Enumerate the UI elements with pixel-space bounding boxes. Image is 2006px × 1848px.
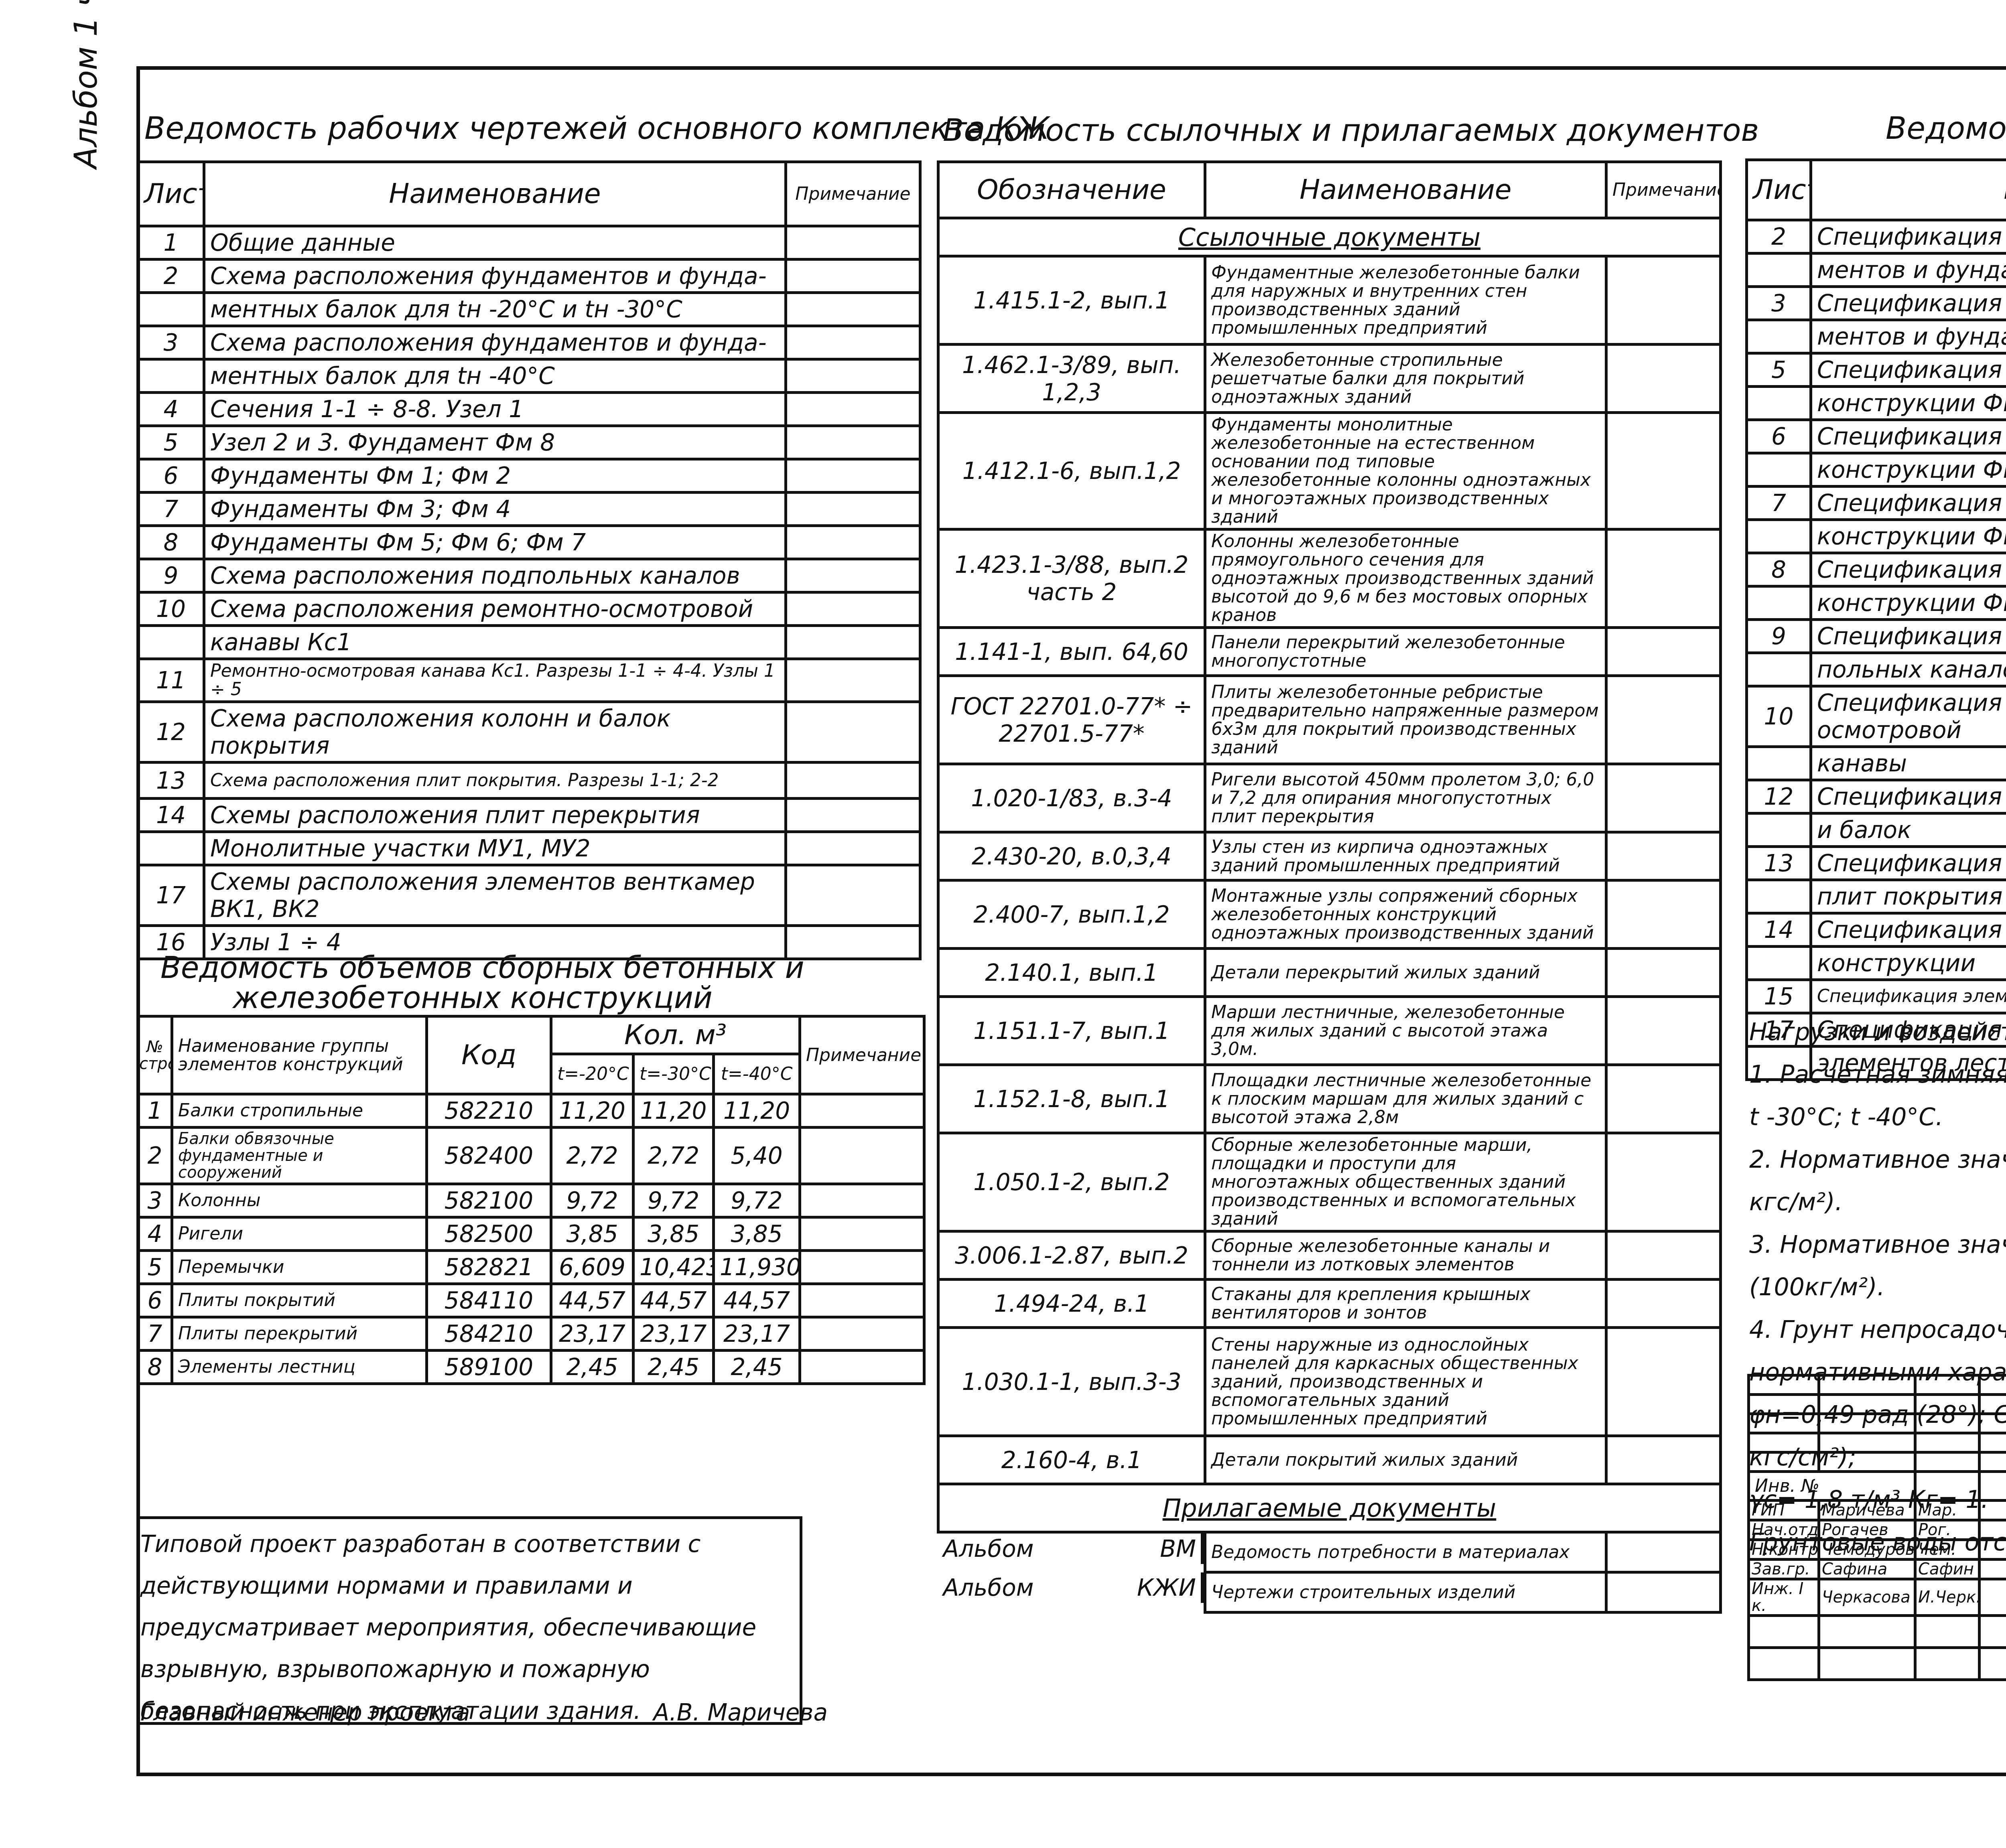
table-row: 1.030.1-1, вып.3-3Стены наружные из одно… bbox=[938, 1328, 1721, 1436]
doc-code: 1.141-1, вып. 64,60 bbox=[938, 628, 1205, 676]
doc-name: Марши лестничные, железобетонные для жил… bbox=[1205, 997, 1606, 1065]
note-cell bbox=[1606, 1532, 1721, 1572]
sheet-number bbox=[1747, 387, 1811, 420]
volume-t20: 11,20 bbox=[551, 1094, 633, 1128]
table-row: конструкции Фм 3, Фм 4 bbox=[1747, 520, 2006, 553]
table-row: 1.020-1/83, в.3-4Ригели высотой 450мм пр… bbox=[938, 764, 1721, 832]
sheet-number: 6 bbox=[138, 459, 204, 493]
table-row: конструкции Фм 1, Фм 2 bbox=[1747, 453, 2006, 487]
doc-name: Ригели высотой 450мм пролетом 3,0; 6,0 и… bbox=[1205, 764, 1606, 832]
sheet-number: 7 bbox=[138, 493, 204, 526]
note-cell bbox=[1606, 529, 1721, 628]
stamp-blank-row bbox=[1749, 1395, 2006, 1414]
drawings-title: Ведомость рабочих чертежей основного ком… bbox=[144, 110, 1050, 146]
volume-t30: 10,423 bbox=[633, 1251, 714, 1284]
table-row: 14Схемы расположения плит перекрытия bbox=[138, 799, 920, 832]
volume-t20: 2,45 bbox=[551, 1351, 633, 1384]
group-name: Балки обвязочные фундаментные и сооружен… bbox=[172, 1128, 427, 1184]
code: 589100 bbox=[427, 1351, 551, 1384]
sheet-number bbox=[1747, 653, 1811, 686]
note-cell bbox=[800, 1094, 924, 1128]
col-note: Примечание bbox=[800, 1016, 924, 1094]
load-item: 3. Нормативное значение веса снегового п… bbox=[1749, 1223, 2006, 1308]
doc-name: Сборные железобетонные марши, площадки и… bbox=[1205, 1133, 1606, 1231]
doc-name: Сборные железобетонные каналы и тоннели … bbox=[1205, 1231, 1606, 1280]
sheet-number: 3 bbox=[1747, 287, 1811, 320]
doc-code: 1.020-1/83, в.3-4 bbox=[938, 764, 1205, 832]
sheet-number: 8 bbox=[1747, 553, 1811, 586]
note-cell bbox=[1606, 949, 1721, 997]
note-cell bbox=[1606, 1436, 1721, 1484]
drawing-name: Схемы расположения плит перекрытия bbox=[204, 799, 786, 832]
note-cell bbox=[1606, 413, 1721, 529]
volume-t30: 3,85 bbox=[633, 1217, 714, 1251]
volume-t40: 23,17 bbox=[714, 1317, 800, 1351]
album-word: Альбом bbox=[943, 1535, 1034, 1562]
signature: Чем. bbox=[1915, 1540, 1980, 1560]
sheet-number: 5 bbox=[138, 426, 204, 459]
sheet-number: 4 bbox=[138, 393, 204, 426]
signer-row: ГИПМаричеваМар. bbox=[1749, 1501, 2006, 1520]
table-row: плит покрытия и перекрытия bbox=[1747, 880, 2006, 913]
note-cell bbox=[786, 799, 920, 832]
code: 582100 bbox=[427, 1184, 551, 1217]
chief-engineer: Главный инженер проекта А.В. Маричева bbox=[140, 1699, 828, 1726]
volume-t30: 2,72 bbox=[633, 1128, 714, 1184]
note-cell bbox=[786, 359, 920, 393]
doc-code: 1.415.1-2, вып.1 bbox=[938, 256, 1205, 345]
volume-t40: 11,930 bbox=[714, 1251, 800, 1284]
volumes-title-2: железобетонных конструкций bbox=[233, 981, 713, 1015]
note-cell bbox=[1606, 1280, 1721, 1328]
table-row: 8Элементы лестниц5891002,452,452,45 bbox=[138, 1351, 924, 1384]
table-row: Монолитные участки МУ1, МУ2 bbox=[138, 832, 920, 865]
drawing-name: Схема расположения плит покрытия. Разрез… bbox=[204, 763, 786, 799]
group-name: Колонны bbox=[172, 1184, 427, 1217]
sheet-number bbox=[1747, 453, 1811, 487]
drawing-name: Общие данные bbox=[204, 226, 786, 260]
spec-name: Спецификация элементов монолитной bbox=[1811, 420, 2006, 453]
table-row: 6Плиты покрытий58411044,5744,5744,57 bbox=[138, 1284, 924, 1317]
note-cell bbox=[800, 1217, 924, 1251]
doc-name: Монтажные узлы сопряжений сборных железо… bbox=[1205, 880, 1606, 949]
note-cell bbox=[786, 763, 920, 799]
code: 582500 bbox=[427, 1217, 551, 1251]
volume-t40: 44,57 bbox=[714, 1284, 800, 1317]
col-qty: Кол. м³ bbox=[551, 1016, 800, 1054]
sheet-number bbox=[138, 359, 204, 393]
spec-name: Спецификация к схемам расположения bbox=[1811, 847, 2006, 880]
spec-name: Спецификация элементов монолитной bbox=[1811, 487, 2006, 520]
code: 582210 bbox=[427, 1094, 551, 1128]
col-name: Наименование bbox=[1205, 162, 1606, 218]
note-cell bbox=[1606, 1328, 1721, 1436]
table-row: 12Спецификация к схеме расположения коло… bbox=[1747, 780, 2006, 813]
signer-row: Зав.гр.СафинаСафин bbox=[1749, 1560, 2006, 1579]
drawing-name: Монолитные участки МУ1, МУ2 bbox=[204, 832, 786, 865]
sheet-number: 2 bbox=[138, 260, 204, 293]
doc-code: 3.006.1-2.87, вып.2 bbox=[938, 1231, 1205, 1280]
table-row: 6Спецификация элементов монолитной bbox=[1747, 420, 2006, 453]
spec-name: Спецификация к схеме расположения фунда- bbox=[1811, 287, 2006, 320]
col-name: Наименование bbox=[204, 162, 786, 226]
note-cell bbox=[786, 260, 920, 293]
album-label: Альбом 1 ч.1 bbox=[68, 0, 104, 168]
sheet-number: 7 bbox=[1747, 487, 1811, 520]
spec-name: польных каналов bbox=[1811, 653, 2006, 686]
doc-code: 2.160-4, в.1 bbox=[938, 1436, 1205, 1484]
table-row: польных каналов bbox=[1747, 653, 2006, 686]
doc-name: Детали покрытий жилых зданий bbox=[1205, 1436, 1606, 1484]
volume-t20: 44,57 bbox=[551, 1284, 633, 1317]
note-cell bbox=[1606, 764, 1721, 832]
sheet-number bbox=[1747, 254, 1811, 287]
note-cell bbox=[786, 426, 920, 459]
row-number: 3 bbox=[138, 1184, 172, 1217]
table-row: 2Балки обвязочные фундаментные и сооруже… bbox=[138, 1128, 924, 1184]
sheet-number bbox=[138, 626, 204, 659]
note-cell bbox=[1606, 880, 1721, 949]
drawing-name: Схема расположения подпольных каналов bbox=[204, 559, 786, 592]
table-row: 12Схема расположения колонн и балок покр… bbox=[138, 702, 920, 763]
note-cell bbox=[786, 326, 920, 359]
group-name: Ригели bbox=[172, 1217, 427, 1251]
col-t40: t=-40°С bbox=[714, 1054, 800, 1094]
load-item: 2. Нормативное значение ветрового давлен… bbox=[1749, 1138, 2006, 1223]
note-cell bbox=[786, 926, 920, 959]
volume-t40: 2,45 bbox=[714, 1351, 800, 1384]
drawing-name: Схема расположения ремонтно-осмотровой bbox=[204, 592, 786, 626]
inv-label: Инв. № bbox=[1749, 1472, 1915, 1501]
project-note: Типовой проект разработан в соответствии… bbox=[136, 1516, 802, 1725]
sheet-number: 1 bbox=[138, 226, 204, 260]
doc-code: АльбомКЖИ bbox=[938, 1572, 1204, 1603]
doc-name: Детали перекрытий жилых зданий bbox=[1205, 949, 1606, 997]
note-cell bbox=[800, 1351, 924, 1384]
signer-row: Н.контр.ЧемодуроваЧем. bbox=[1749, 1540, 2006, 1560]
note-cell bbox=[1606, 832, 1721, 880]
table-row: АльбомКЖИЧертежи строительных изделий bbox=[938, 1572, 1721, 1613]
col-sheet: Лист bbox=[138, 162, 204, 226]
signature: Мар. bbox=[1915, 1501, 1980, 1520]
sheet-number: 13 bbox=[1747, 847, 1811, 880]
table-row: 3Колонны5821009,729,729,72 bbox=[138, 1184, 924, 1217]
note-cell bbox=[1606, 1231, 1721, 1280]
table-row: 14Спецификация элементов монолитной bbox=[1747, 913, 2006, 947]
doc-name: Панели перекрытий железобетонные многопу… bbox=[1205, 628, 1606, 676]
signer-row: Инж. I к.ЧеркасоваИ.Черк. bbox=[1749, 1579, 2006, 1616]
col-note: Примечание bbox=[1606, 162, 1721, 218]
sheet-number: 17 bbox=[138, 865, 204, 926]
note-cell bbox=[786, 592, 920, 626]
table-row: 1.462.1-3/89, вып. 1,2,3Железобетонные с… bbox=[938, 345, 1721, 413]
doc-code: ГОСТ 22701.0-77* ÷ 22701.5-77* bbox=[938, 676, 1205, 764]
volume-t40: 11,20 bbox=[714, 1094, 800, 1128]
date-cell bbox=[1980, 1501, 2006, 1520]
doc-name: Ведомость потребности в материалах bbox=[1205, 1532, 1606, 1572]
table-row: ментных балок для tн -40°С bbox=[138, 359, 920, 393]
table-row: конструкции bbox=[1747, 947, 2006, 980]
table-row: 4Ригели5825003,853,853,85 bbox=[138, 1217, 924, 1251]
doc-code: 1.462.1-3/89, вып. 1,2,3 bbox=[938, 345, 1205, 413]
table-row: ментов и фундаментных балок bbox=[1747, 320, 2006, 353]
row-number: 1 bbox=[138, 1094, 172, 1128]
group-name: Плиты покрытий bbox=[172, 1284, 427, 1317]
sheet-number: 3 bbox=[138, 326, 204, 359]
note-cell bbox=[786, 393, 920, 426]
note-cell bbox=[800, 1317, 924, 1351]
signer-name: Сафина bbox=[1819, 1560, 1915, 1579]
drawing-name: ментных балок для tн -40°С bbox=[204, 359, 786, 393]
volumes-table: № строки Наименование группы элементов к… bbox=[136, 1015, 926, 1385]
note-cell bbox=[786, 702, 920, 763]
stamp-signers: Инв. № ГИПМаричеваМар.Нач.отд.РогачевРог… bbox=[1747, 1374, 2006, 1681]
group-name: Перемычки bbox=[172, 1251, 427, 1284]
volume-t20: 3,85 bbox=[551, 1217, 633, 1251]
table-row: 10Спецификация элементов ремонтно-осмотр… bbox=[1747, 686, 2006, 747]
volume-t30: 11,20 bbox=[633, 1094, 714, 1128]
sheet-number bbox=[1747, 320, 1811, 353]
sheet-number bbox=[138, 832, 204, 865]
album-mark: КЖИ bbox=[1137, 1574, 1196, 1601]
sheet-number: 11 bbox=[138, 659, 204, 702]
note-cell bbox=[786, 865, 920, 926]
doc-code: 1.050.1-2, вып.2 bbox=[938, 1133, 1205, 1231]
signer-role: Н.контр. bbox=[1749, 1540, 1819, 1560]
table-row: 2Спецификация к схеме расположения фунда… bbox=[1747, 220, 2006, 254]
table-row: 5Узел 2 и 3. Фундамент Фм 8 bbox=[138, 426, 920, 459]
table-row: ментов и фундаментных балок bbox=[1747, 254, 2006, 287]
volume-t30: 44,57 bbox=[633, 1284, 714, 1317]
note-cell bbox=[786, 626, 920, 659]
volume-t40: 5,40 bbox=[714, 1128, 800, 1184]
stamp-blank-row bbox=[1749, 1414, 2006, 1433]
table-row: 6Фундаменты Фм 1; Фм 2 bbox=[138, 459, 920, 493]
spec-name: Спецификация к схеме расположения фунда- bbox=[1811, 220, 2006, 254]
sheet-number bbox=[1747, 520, 1811, 553]
group-name: Балки стропильные bbox=[172, 1094, 427, 1128]
note-cell bbox=[786, 459, 920, 493]
signer-name: Черкасова bbox=[1819, 1579, 1915, 1616]
note-cell bbox=[786, 659, 920, 702]
signer-role: Зав.гр. bbox=[1749, 1560, 1819, 1579]
table-row: 2.160-4, в.1Детали покрытий жилых зданий bbox=[938, 1436, 1721, 1484]
table-row: 13Схема расположения плит покрытия. Разр… bbox=[138, 763, 920, 799]
spec-name: конструкции Фм 1, Фм 2 bbox=[1811, 453, 2006, 487]
signer-role: ГИП bbox=[1749, 1501, 1819, 1520]
spec-name: конструкции Фм 5, Фм 6, Фм 7 bbox=[1811, 586, 2006, 620]
doc-name: Узлы стен из кирпича одноэтажных зданий … bbox=[1205, 832, 1606, 880]
note-cell bbox=[1606, 628, 1721, 676]
section-ref-docs: Ссылочные документы bbox=[938, 218, 1721, 256]
sheet-number: 5 bbox=[1747, 353, 1811, 387]
signature: Рог. bbox=[1915, 1520, 1980, 1540]
sheet-number bbox=[1747, 813, 1811, 847]
table-row: АльбомВМВедомость потребности в материал… bbox=[938, 1532, 1721, 1572]
volume-t30: 9,72 bbox=[633, 1184, 714, 1217]
sheet-number: 12 bbox=[1747, 780, 1811, 813]
doc-code: 1.412.1-6, вып.1,2 bbox=[938, 413, 1205, 529]
doc-code: АльбомВМ bbox=[938, 1534, 1204, 1564]
code: 584210 bbox=[427, 1317, 551, 1351]
col-note: Примечание bbox=[786, 162, 920, 226]
date-cell bbox=[1980, 1540, 2006, 1560]
doc-code: 1.030.1-1, вып.3-3 bbox=[938, 1328, 1205, 1436]
note-cell bbox=[786, 559, 920, 592]
doc-name: Стены наружные из однослойных панелей дл… bbox=[1205, 1328, 1606, 1436]
volume-t30: 2,45 bbox=[633, 1351, 714, 1384]
sheet-number: 9 bbox=[1747, 620, 1811, 653]
table-row: 1.494-24, в.1Стаканы для крепления крышн… bbox=[938, 1280, 1721, 1328]
doc-name: Стаканы для крепления крышных вентилятор… bbox=[1205, 1280, 1606, 1328]
load-item: 1. Расчетная зимняя температура наружног… bbox=[1749, 1053, 2006, 1138]
volume-t40: 3,85 bbox=[714, 1217, 800, 1251]
col-code: Обозначение bbox=[938, 162, 1205, 218]
table-row: 2.400-7, вып.1,2Монтажные узлы сопряжени… bbox=[938, 880, 1721, 949]
doc-name: Фундаменты монолитные железобетонные на … bbox=[1205, 413, 1606, 529]
col-t30: t=-30°С bbox=[633, 1054, 714, 1094]
volume-t30: 23,17 bbox=[633, 1317, 714, 1351]
note-cell bbox=[1606, 256, 1721, 345]
references-title: Ведомость ссылочных и прилагаемых докуме… bbox=[943, 112, 1759, 148]
drawing-name: Сечения 1-1 ÷ 8-8. Узел 1 bbox=[204, 393, 786, 426]
spec-name: Спецификация к схеме расположения колонн bbox=[1811, 780, 2006, 813]
specs-title: Ведомость спецификаций bbox=[1886, 110, 2006, 146]
volume-t20: 6,609 bbox=[551, 1251, 633, 1284]
references-table: Обозначение Наименование Примечание Ссыл… bbox=[937, 160, 1722, 1614]
table-row: 11Ремонтно-осмотровая канава Кс1. Разрез… bbox=[138, 659, 920, 702]
note-cell bbox=[1606, 1065, 1721, 1133]
code: 582400 bbox=[427, 1128, 551, 1184]
specs-table: Лист Наименование Примечание 2Спецификац… bbox=[1745, 158, 2006, 1081]
table-row: 10Схема расположения ремонтно-осмотровой bbox=[138, 592, 920, 626]
note-cell bbox=[800, 1184, 924, 1217]
sheet-number: 10 bbox=[1747, 686, 1811, 747]
table-row: 5Перемычки5828216,60910,42311,930 bbox=[138, 1251, 924, 1284]
table-row: ментных балок для tн -20°С и tн -30°С bbox=[138, 293, 920, 326]
note-cell bbox=[1606, 1133, 1721, 1231]
note-cell bbox=[800, 1251, 924, 1284]
date-cell bbox=[1980, 1520, 2006, 1540]
table-row: и балок bbox=[1747, 813, 2006, 847]
engineer-label: Главный инженер проекта bbox=[140, 1699, 470, 1726]
signer-role: Нач.отд. bbox=[1749, 1520, 1819, 1540]
sheet-number: 14 bbox=[1747, 913, 1811, 947]
drawing-name: Схема расположения колонн и балок покрыт… bbox=[204, 702, 786, 763]
doc-name: Колонны железобетонные прямоугольного се… bbox=[1205, 529, 1606, 628]
doc-name: Фундаментные железобетонные балки для на… bbox=[1205, 256, 1606, 345]
note-cell bbox=[800, 1284, 924, 1317]
table-row: 9Спецификация к схеме расположения под- bbox=[1747, 620, 2006, 653]
doc-name: Площадки лестничные железобетонные к пло… bbox=[1205, 1065, 1606, 1133]
spec-name: Спецификация к схеме расположения под- bbox=[1811, 620, 2006, 653]
table-row: 4Сечения 1-1 ÷ 8-8. Узел 1 bbox=[138, 393, 920, 426]
signer-name: Чемодурова bbox=[1819, 1540, 1915, 1560]
doc-code: 2.140.1, вып.1 bbox=[938, 949, 1205, 997]
doc-code: 1.151.1-7, вып.1 bbox=[938, 997, 1205, 1065]
drawing-name: Фундаменты Фм 1; Фм 2 bbox=[204, 459, 786, 493]
note-cell bbox=[786, 226, 920, 260]
table-row: 7Спецификация элементов монолитной bbox=[1747, 487, 2006, 520]
table-row: 5Спецификация элементов монолитной bbox=[1747, 353, 2006, 387]
sheet-number: 14 bbox=[138, 799, 204, 832]
col-sheet: Лист bbox=[1747, 160, 1811, 220]
spec-name: ментов и фундаментных балок bbox=[1811, 254, 2006, 287]
stamp-blank-row bbox=[1749, 1375, 2006, 1395]
sheet-number bbox=[138, 293, 204, 326]
table-row: 1.415.1-2, вып.1Фундаментные железобетон… bbox=[938, 256, 1721, 345]
signer-name: Маричева bbox=[1819, 1501, 1915, 1520]
table-row: 13Спецификация к схемам расположения bbox=[1747, 847, 2006, 880]
sheet-number bbox=[1747, 586, 1811, 620]
table-row: конструкции Фм 8 bbox=[1747, 387, 2006, 420]
col-code: Код bbox=[427, 1016, 551, 1094]
table-row: 1.412.1-6, вып.1,2Фундаменты монолитные … bbox=[938, 413, 1721, 529]
table-row: ГОСТ 22701.0-77* ÷ 22701.5-77*Плиты желе… bbox=[938, 676, 1721, 764]
spec-name: и балок bbox=[1811, 813, 2006, 847]
spec-name: Спецификация элементов монолитной bbox=[1811, 913, 2006, 947]
date-cell bbox=[1980, 1560, 2006, 1579]
spec-name: канавы bbox=[1811, 747, 2006, 780]
stamp-blank-row bbox=[1749, 1452, 2006, 1472]
table-row: 1.141-1, вып. 64,60Панели перекрытий жел… bbox=[938, 628, 1721, 676]
table-row: 1Балки стропильные58221011,2011,2011,20 bbox=[138, 1094, 924, 1128]
col-group: Наименование группы элементов конструкци… bbox=[172, 1016, 427, 1094]
doc-code: 2.400-7, вып.1,2 bbox=[938, 880, 1205, 949]
stamp-blank-row bbox=[1749, 1433, 2006, 1452]
row-number: 6 bbox=[138, 1284, 172, 1317]
row-number: 4 bbox=[138, 1217, 172, 1251]
signature: И.Черк. bbox=[1915, 1579, 1980, 1616]
note-cell bbox=[1606, 676, 1721, 764]
row-number: 8 bbox=[138, 1351, 172, 1384]
spec-name: Спецификация элементов монолитной bbox=[1811, 353, 2006, 387]
table-row: 9Схема расположения подпольных каналов bbox=[138, 559, 920, 592]
signature: Сафин bbox=[1915, 1560, 1980, 1579]
sheet-number bbox=[1747, 947, 1811, 980]
volume-t20: 2,72 bbox=[551, 1128, 633, 1184]
sheet-number: 2 bbox=[1747, 220, 1811, 254]
table-row: 1.050.1-2, вып.2Сборные железобетонные м… bbox=[938, 1133, 1721, 1231]
sheet-number: 8 bbox=[138, 526, 204, 559]
note-cell bbox=[800, 1128, 924, 1184]
volume-t20: 23,17 bbox=[551, 1317, 633, 1351]
sheet-number: 10 bbox=[138, 592, 204, 626]
loads-title: Нагрузки и воздействия, принятые при рас… bbox=[1749, 1011, 2006, 1053]
code: 582821 bbox=[427, 1251, 551, 1284]
spec-name: плит покрытия и перекрытия bbox=[1811, 880, 2006, 913]
drawing-name: Схемы расположения элементов венткамер В… bbox=[204, 865, 786, 926]
album-word: Альбом bbox=[943, 1574, 1034, 1601]
table-row: 2.430-20, в.0,3,4Узлы стен из кирпича од… bbox=[938, 832, 1721, 880]
row-number: 7 bbox=[138, 1317, 172, 1351]
engineer-name: А.В. Маричева bbox=[654, 1699, 828, 1726]
spec-name: конструкции bbox=[1811, 947, 2006, 980]
table-row: 3Спецификация к схеме расположения фунда… bbox=[1747, 287, 2006, 320]
spec-name: Спецификация элементов монолитной bbox=[1811, 553, 2006, 586]
row-number: 2 bbox=[138, 1128, 172, 1184]
note-cell bbox=[786, 493, 920, 526]
col-row-num: № строки bbox=[138, 1016, 172, 1094]
drawing-name: ментных балок для tн -20°С и tн -30°С bbox=[204, 293, 786, 326]
doc-code: 1.152.1-8, вып.1 bbox=[938, 1065, 1205, 1133]
note-cell bbox=[1606, 345, 1721, 413]
sheet-number bbox=[1747, 880, 1811, 913]
drawings-table: Лист Наименование Примечание 1Общие данн… bbox=[136, 160, 922, 960]
volumes-title-1: Ведомость объемов сборных бетонных и bbox=[160, 951, 804, 985]
sheet-number: 15 bbox=[1747, 980, 1811, 1013]
table-row: 2Схема расположения фундаментов и фунда- bbox=[138, 260, 920, 293]
